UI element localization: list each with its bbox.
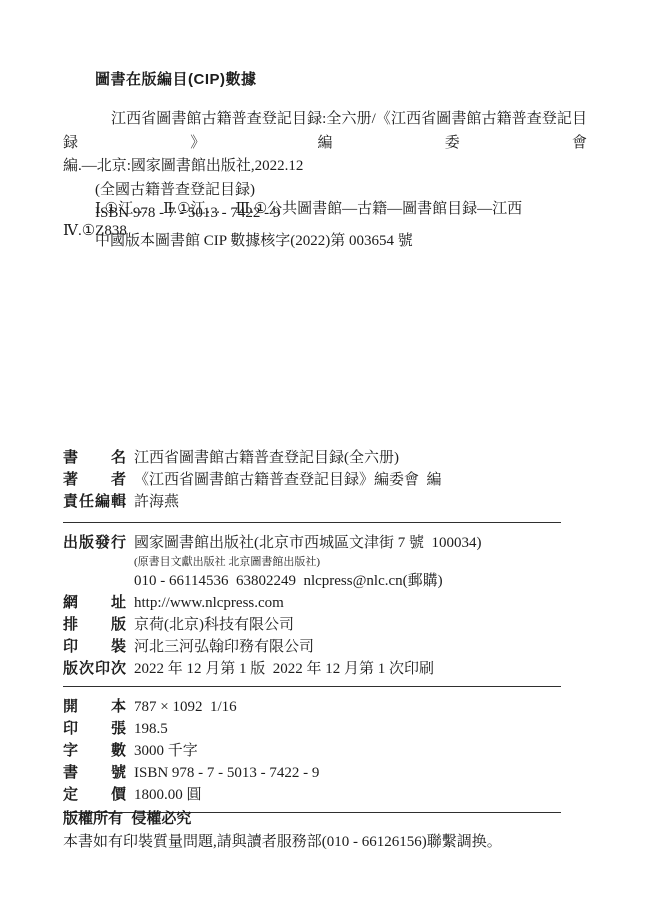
- cip-record-number: 中國版本圖書館 CIP 數據核字(2022)第 003654 號: [95, 230, 587, 252]
- field-value: 京荷(北京)科技有限公司: [134, 614, 294, 636]
- field-label: 責任編輯: [63, 491, 126, 513]
- field-label: 印張: [63, 718, 126, 740]
- colophon-row: 責任編輯 許海燕: [63, 491, 587, 513]
- field-value: 河北三河弘翰印務有限公司: [134, 636, 314, 658]
- colophon-row: 開本 787 × 1092 1/16: [63, 696, 587, 718]
- field-value: 2022 年 12 月第 1 版 2022 年 12 月第 1 次印刷: [134, 658, 434, 680]
- field-value: ISBN 978 - 7 - 5013 - 7422 - 9: [134, 762, 319, 784]
- copyright-notice: 版權所有 侵權必究: [63, 807, 587, 831]
- field-value: 《江西省圖書館古籍普查登記目録》編委會 編: [134, 469, 442, 491]
- field-value: 787 × 1092 1/16: [134, 696, 237, 718]
- cip-publisher-line: 編.—北京:國家圖書館出版社,2022.12: [63, 155, 587, 179]
- field-value: 3000 千字: [134, 740, 198, 762]
- field-label: 出版發行: [63, 532, 126, 554]
- field-value: 江西省圖書館古籍普查登記目録(全六册): [134, 447, 399, 469]
- colophon-row: 印裝 河北三河弘翰印務有限公司: [63, 636, 587, 658]
- field-value: 198.5: [134, 718, 168, 740]
- colophon-row: 著者 《江西省圖書館古籍普查登記目録》編委會 編: [63, 469, 587, 491]
- colophon-row: 網址 http://www.nlcpress.com: [63, 592, 587, 614]
- colophon-row: 排版 京荷(北京)科技有限公司: [63, 614, 587, 636]
- colophon-row: 書號 ISBN 978 - 7 - 5013 - 7422 - 9: [63, 762, 587, 784]
- field-value: 許海燕: [134, 491, 179, 513]
- colophon-row: 書名 江西省圖書館古籍普查登記目録(全六册): [63, 447, 587, 469]
- field-label: 印裝: [63, 636, 126, 658]
- colophon-row: 出版發行 國家圖書館出版社(北京市西城區文津街 7 號 100034): [63, 532, 587, 554]
- field-label: 排版: [63, 614, 126, 636]
- field-label: 書號: [63, 762, 126, 784]
- cip-heading: 圖書在版編目(CIP)數據: [95, 71, 257, 89]
- colophon: 書名 江西省圖書館古籍普查登記目録(全六册) 著者 《江西省圖書館古籍普查登記目…: [63, 441, 587, 813]
- field-label: 書名: [63, 447, 126, 469]
- field-value: 國家圖書館出版社(北京市西城區文津街 7 號 100034): [134, 532, 482, 554]
- colophon-group-publishing: 出版發行 國家圖書館出版社(北京市西城區文津街 7 號 100034) (原書目…: [63, 523, 587, 686]
- colophon-group-specs: 開本 787 × 1092 1/16 印張 198.5 字數 3000 千字 書…: [63, 687, 587, 812]
- colophon-group-title: 書名 江西省圖書館古籍普查登記目録(全六册) 著者 《江西省圖書館古籍普查登記目…: [63, 441, 587, 522]
- field-label: 版次印次: [63, 658, 126, 680]
- publisher-contact-line: 010 - 66114536 63802249 nlcpress@nlc.cn(…: [134, 571, 587, 592]
- field-label: 網址: [63, 592, 126, 614]
- field-label: 字數: [63, 740, 126, 762]
- field-value: http://www.nlcpress.com: [134, 592, 284, 614]
- colophon-row: 版次印次 2022 年 12 月第 1 版 2022 年 12 月第 1 次印刷: [63, 658, 587, 680]
- field-label: 開本: [63, 696, 126, 718]
- field-label: 著者: [63, 469, 126, 491]
- colophon-row: 字數 3000 千字: [63, 740, 587, 762]
- colophon-row: 印張 198.5: [63, 718, 587, 740]
- copyright-page: 圖書在版編目(CIP)數據 江西省圖書館古籍普查登記目録:全六册/《江西省圖書館…: [0, 0, 650, 914]
- quality-exchange-note: 本書如有印裝質量問題,請與讀者服務部(010 - 66126156)聯繫調换。: [63, 831, 587, 853]
- copyright-footer: 版權所有 侵權必究 本書如有印裝質量問題,請與讀者服務部(010 - 66126…: [63, 803, 587, 853]
- cip-title-line: 江西省圖書館古籍普查登記目録:全六册/《江西省圖書館古籍普查登記目録》編委會: [63, 108, 587, 155]
- former-publisher-note: (原書目文獻出版社 北京圖書館出版社): [134, 554, 587, 571]
